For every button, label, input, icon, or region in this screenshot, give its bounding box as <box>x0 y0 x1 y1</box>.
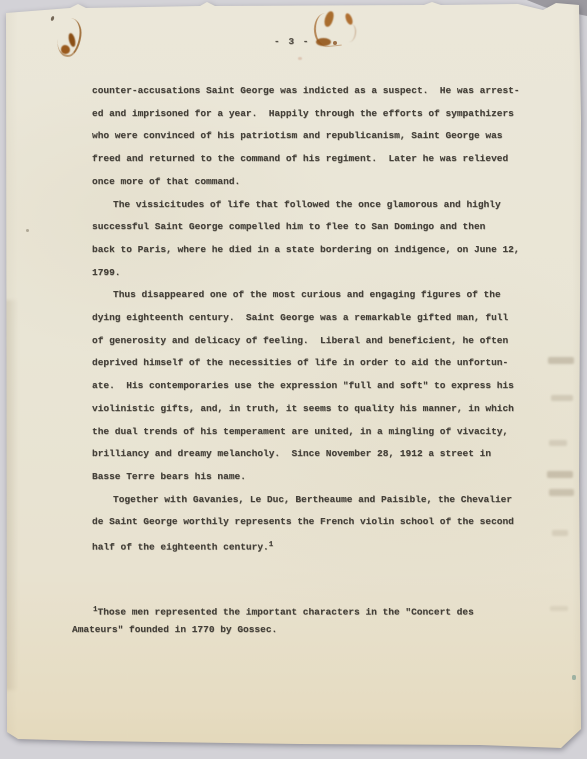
rust-stain-hook-blob-2 <box>61 45 70 54</box>
rust-stain-right-tail <box>344 24 356 43</box>
ink-offset-smudge-7 <box>550 606 568 611</box>
rust-stain-curl-blob-bottom <box>316 38 331 46</box>
rust-stain-dot <box>333 41 337 45</box>
ink-offset-smudge-5 <box>549 489 574 496</box>
green-speck-right-edge <box>572 675 576 680</box>
document-body: counter-accusations Saint George was ind… <box>92 80 532 559</box>
footnote: 1Those men represented the important cha… <box>72 602 542 639</box>
paragraph-1: counter-accusations Saint George was ind… <box>92 80 532 194</box>
ink-offset-smudge-3 <box>549 440 567 446</box>
footnote-line-2: Amateurs" founded in 1770 by Gossec. <box>72 621 542 639</box>
ink-offset-smudge-2 <box>551 395 573 401</box>
paragraph-3: Thus disappeared one of the most curious… <box>92 284 532 488</box>
ink-offset-smudge-6 <box>552 530 568 536</box>
dust-speck <box>26 229 29 232</box>
page-number: - 3 - <box>274 36 310 47</box>
scanned-document-screenshot: { "page": { "number_label": "- 3 -" }, "… <box>0 0 587 759</box>
ink-speck-top-left <box>50 16 55 22</box>
paragraph-4-line-3-text: half of the eighteenth century. <box>92 542 269 553</box>
ink-offset-smudge-4 <box>547 471 573 478</box>
footnote-reference-superscript: 1 <box>269 541 274 549</box>
left-edge-discoloration <box>5 300 18 690</box>
footnote-line-1-text: Those men represented the important char… <box>98 607 474 618</box>
paragraph-2: The vissicitudes of life that followed t… <box>92 194 532 285</box>
document-page: - 3 - counter-accusations Saint George w… <box>0 0 587 759</box>
paper-wrapper: - 3 - counter-accusations Saint George w… <box>0 0 587 759</box>
footnote-line-1: 1Those men represented the important cha… <box>72 602 542 621</box>
ink-offset-smudge-1 <box>548 357 574 364</box>
faint-pink-speck <box>298 57 302 60</box>
paragraph-4-last-line: half of the eighteenth century.1 <box>92 534 532 559</box>
paragraph-4: Together with Gavanies, Le Duc, Bertheau… <box>92 489 532 534</box>
